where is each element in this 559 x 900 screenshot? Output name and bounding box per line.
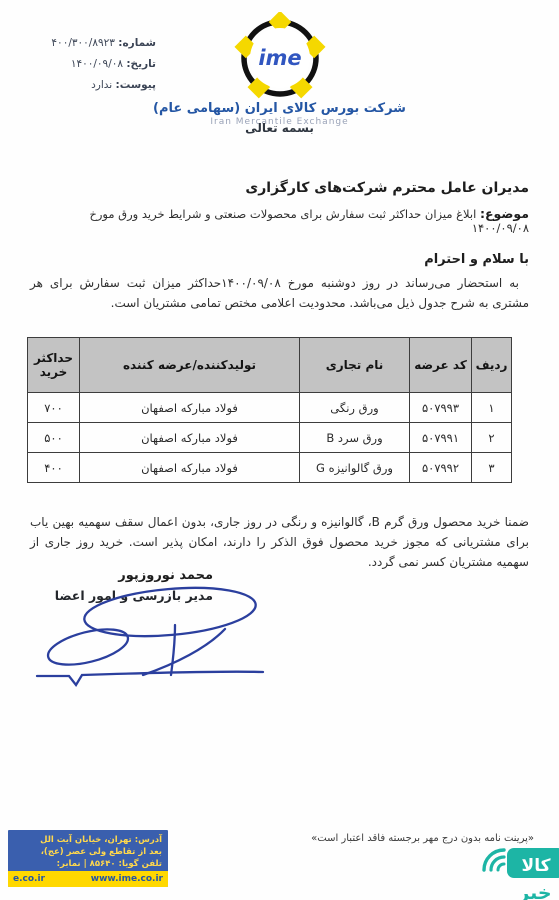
table-cell: ۵۰۷۹۹۱ xyxy=(410,423,472,453)
order-limit-table: ردیفکد عرضهنام تجاریتولیدکننده/عرضه کنند… xyxy=(27,337,512,483)
signatory-name: محمد نوروزپور xyxy=(55,566,213,586)
letter-attachment: پیوست: ندارد xyxy=(28,75,156,96)
website-strip: e.co.ir www.ime.co.ir xyxy=(8,871,168,887)
svg-text:کالا: کالا xyxy=(522,856,551,876)
table-cell: ورق رنگی xyxy=(300,393,410,423)
address-line-1: آدرس: تهران، خیابان آیت الل xyxy=(8,834,162,846)
table-cell: ورق گالوانیزه G xyxy=(300,453,410,483)
ime-logo-icon: ime xyxy=(229,12,331,108)
address-line-3: تلفن گویا: ۸۵۶۴۰ | نمابر: xyxy=(8,858,162,870)
letter-number-label: شماره: xyxy=(118,37,156,49)
table-cell: ورق سرد B xyxy=(300,423,410,453)
table-header-cell: تولیدکننده/عرضه کننده xyxy=(80,338,300,393)
letter-attachment-label: پیوست: xyxy=(116,79,156,91)
letter-meta: شماره: ۴۰۰/۳۰۰/۸۹۲۳ تاریخ: ۱۴۰۰/۰۹/۰۸ پی… xyxy=(28,33,156,96)
note-paragraph: ضمنا خرید محصول ورق گرم B، گالوانیزه و ر… xyxy=(30,512,529,572)
address-box: آدرس: تهران، خیابان آیت الل بعد از تقاطع… xyxy=(8,830,168,887)
body-paragraph: به استحضار می‌رساند در روز دوشنبه مورخ ۱… xyxy=(30,273,529,313)
table-head: ردیفکد عرضهنام تجاریتولیدکننده/عرضه کنند… xyxy=(28,338,512,393)
bismillah-text: بسمه تعالی xyxy=(0,121,559,135)
table-cell: ۲ xyxy=(472,423,512,453)
company-name-fa: شرکت بورس کالای ایران (سهامی عام) xyxy=(0,101,559,116)
table-header-cell: نام تجاری xyxy=(300,338,410,393)
address-line-2: بعد از تقاطع ولی عصر (عج)، xyxy=(8,846,162,858)
table-cell: ۴۰۰ xyxy=(28,453,80,483)
table-row: ۱۵۰۷۹۹۳ورق رنگیفولاد مبارکه اصفهان۷۰۰ xyxy=(28,393,512,423)
table-cell: فولاد مبارکه اصفهان xyxy=(80,453,300,483)
website-url: www.ime.co.ir xyxy=(91,874,163,884)
ime-monogram: ime xyxy=(258,46,301,70)
letter-date-label: تاریخ: xyxy=(126,58,156,70)
subject-line: موضوع: ابلاغ میزان حداکثر ثبت سفارش برای… xyxy=(30,206,529,235)
recipient-heading: مدیران عامل محترم شرکت‌های کارگزاری xyxy=(245,180,529,196)
table-row: ۲۵۰۷۹۹۱ورق سرد Bفولاد مبارکه اصفهان۵۰۰ xyxy=(28,423,512,453)
table-header-cell: کد عرضه xyxy=(410,338,472,393)
letter-number-value: ۴۰۰/۳۰۰/۸۹۲۳ xyxy=(51,37,114,49)
email-partial: e.co.ir xyxy=(13,874,45,884)
kalakhabar-watermark-icon: کالا خبر xyxy=(477,840,559,900)
letter-page: شماره: ۴۰۰/۳۰۰/۸۹۲۳ تاریخ: ۱۴۰۰/۰۹/۰۸ پی… xyxy=(0,0,559,900)
table-cell: فولاد مبارکه اصفهان xyxy=(80,423,300,453)
letter-date: تاریخ: ۱۴۰۰/۰۹/۰۸ xyxy=(28,54,156,75)
subject-text: ابلاغ میزان حداکثر ثبت سفارش برای محصولا… xyxy=(89,207,529,235)
letter-attachment-value: ندارد xyxy=(91,79,112,91)
handwritten-signature xyxy=(25,585,275,690)
svg-text:خبر: خبر xyxy=(517,882,551,900)
table-cell: ۵۰۰ xyxy=(28,423,80,453)
table-row: ۳۵۰۷۹۹۲ورق گالوانیزه Gفولاد مبارکه اصفها… xyxy=(28,453,512,483)
table-cell: فولاد مبارکه اصفهان xyxy=(80,393,300,423)
letter-number: شماره: ۴۰۰/۳۰۰/۸۹۲۳ xyxy=(28,33,156,54)
table-cell: ۳ xyxy=(472,453,512,483)
letter-date-value: ۱۴۰۰/۰۹/۰۸ xyxy=(71,58,123,70)
subject-label: موضوع: xyxy=(480,206,529,221)
table-cell: ۵۰۷۹۹۲ xyxy=(410,453,472,483)
table-cell: ۱ xyxy=(472,393,512,423)
salutation: با سلام و احترام xyxy=(424,252,529,267)
table-cell: ۷۰۰ xyxy=(28,393,80,423)
table-cell: ۵۰۷۹۹۳ xyxy=(410,393,472,423)
table-header-cell: حداکثر خرید xyxy=(28,338,80,393)
table-header-cell: ردیف xyxy=(472,338,512,393)
